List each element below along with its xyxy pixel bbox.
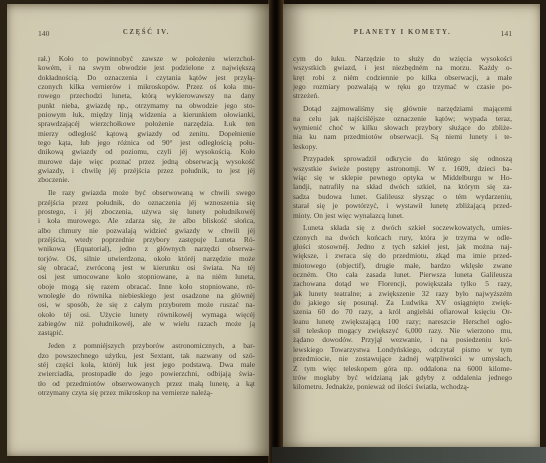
table-surface	[272, 447, 546, 463]
text-line: strzeżeń.	[293, 91, 512, 100]
text-line: torjów. Oś, silnie utwierdzona, około kt…	[38, 254, 255, 263]
text-line: około téj osi. Użycie lunety równikowéj …	[38, 310, 255, 319]
text-line: czonych kilka vernierów i mikroskopów. P…	[38, 82, 255, 91]
text-line: żądano dowodów. Przyjął wezwanie, i na p…	[293, 335, 512, 344]
text-line: zachowana dotąd we Florencji, powiększał…	[293, 279, 512, 288]
page-right-header-row: PLANETY I KOMETY. 141	[293, 4, 512, 41]
text-line: szenia 60 do 70 razy, a król angielski o…	[293, 307, 512, 316]
paragraph: Ile razy gwiazda może być obserwowaną w …	[38, 188, 255, 338]
text-line: leskopy.	[293, 142, 512, 151]
page-right: PLANETY I KOMETY. 141 cym do łuku. Narzę…	[283, 4, 540, 447]
text-line: sadza budowa lunet. Galileusz słysząc o …	[293, 192, 512, 201]
page-right-body-text: cym do łuku. Narzędzie to służy do wzięc…	[293, 54, 512, 392]
text-line: wymienić choć w kilku słowach przybory s…	[293, 123, 512, 132]
text-line: landji, natrafiły na skład dwóch szkieł,…	[293, 182, 512, 191]
text-line: wiąc się w sklepie pewnego optyka w Midd…	[293, 173, 512, 182]
text-line: mierzy odległość kątową gwiazdy od zenit…	[38, 129, 255, 138]
book-scan-photo: 140 CZĘŚĆ IV. rał.) Koło to powinnobyć z…	[0, 0, 546, 463]
paragraph: Dotąd zajmowaliśmy się głównie narzędzia…	[293, 104, 512, 151]
text-line: dokładnością. Do oznaczenia i czytania k…	[38, 73, 255, 82]
text-line: większe, i zwraca się do przedmiotu, zką…	[293, 251, 512, 260]
running-header-right: PLANETY I KOMETY.	[293, 29, 512, 36]
text-line: dnikową gwiazdy od poziomu, czyli jéj wy…	[38, 147, 255, 156]
page-number-right: 141	[501, 29, 512, 38]
text-line: na celu jak najściśléjsze oznaczenie kąt…	[293, 114, 512, 123]
text-line: prostego, i jéj zboczenia, używa się lun…	[38, 207, 255, 216]
text-line: Z tym więc teleskopem góra np. oddalona …	[293, 364, 512, 373]
page-left-header-row: 140 CZĘŚĆ IV.	[38, 4, 255, 41]
text-line: się obracać, zwróconą jest w kierunku os…	[38, 263, 255, 272]
text-line: punkt nieba, gwiazdę np., otrzymamy na o…	[38, 101, 255, 110]
text-line: jego rozmiary pozwalają w ręku go trzyma…	[293, 82, 512, 91]
text-line: wszystkie świeże postępy astronomji. W r…	[293, 164, 512, 173]
text-line: przéjścia, wtedy poprzednie przybory zas…	[38, 235, 255, 244]
text-line: osi, w sposób, że się z całym przyborem …	[38, 300, 255, 309]
text-line: oczném. Oto cała zasada lunet. Pierwsza …	[293, 270, 512, 279]
text-line: kręt robi z niém codziennie po kilka obs…	[293, 73, 512, 82]
page-left: 140 CZĘŚĆ IV. rał.) Koło to powinnobyć z…	[7, 4, 269, 456]
text-line: trów mogłaby być widzianą jak gdyby z od…	[293, 373, 512, 382]
text-line: jak lunety teatralne; a zwiększenie 32 r…	[293, 289, 512, 298]
text-line: cym do łuku. Narzędzie to służy do wzięc…	[293, 54, 512, 63]
text-line: tło od przedmiotów obserwowanych przez m…	[38, 379, 255, 388]
text-line: i koła murowego. Ale zdarza się, że albo…	[38, 216, 255, 225]
text-line: lewskiego Towarzystwa Londyńskiego, odcz…	[293, 345, 512, 354]
running-header-left: CZĘŚĆ IV.	[38, 29, 255, 36]
text-line: zwierciadła, prostopadłe do jego powierz…	[38, 369, 255, 378]
text-line: przéjścia przez południk, do oznaczenia …	[38, 198, 255, 207]
text-line: rowego przechodzi luneta, którą wykierow…	[38, 91, 255, 100]
text-line: murowe daje więc poznać przez jedną obse…	[38, 157, 255, 166]
text-line: osi jest umocowane koło stopniowane, a n…	[38, 272, 255, 281]
text-line: pniowym łuk, między linją widzenia a kie…	[38, 110, 255, 119]
text-line: zastąpić.	[38, 328, 255, 337]
book-spine	[268, 0, 284, 463]
text-line: stéj części koła, któréj łuk jest jego p…	[38, 360, 255, 369]
text-line: kowém, i na swym obwodzie jest podzielon…	[38, 63, 255, 72]
paragraph: Luneta składa się z dwóch szkieł soczewk…	[293, 223, 512, 391]
text-line: wnikowa (Equatorial), jedno z głównych n…	[38, 244, 255, 253]
text-line: leanu lunetę zwiększającą 100 razy; nare…	[293, 317, 512, 326]
text-line: wnoległe do równika niebieskiego jest os…	[38, 291, 255, 300]
text-line: głości stosownéj. Jedno z tych szkieł je…	[293, 242, 512, 251]
text-line: sprawdzającéj wierzchołkowe położenie na…	[38, 119, 255, 128]
text-line: Jeden z pomniéjszych przyborów astronomi…	[38, 341, 255, 350]
paragraph: rał.) Koło to powinnobyć zawsze w położe…	[38, 54, 255, 185]
text-line: gwiazdy, i chwilę jéj przéjścia przez po…	[38, 166, 255, 175]
text-line: albo chmury nie pozwalają widzieć gwiazd…	[38, 226, 255, 235]
text-line: rał.) Koło to powinnobyć zawsze w położe…	[38, 54, 255, 63]
text-line: oboje mogą się razem obracać. Inne koło …	[38, 282, 255, 291]
paragraph: Przypadek sprowadził odkrycie do którego…	[293, 154, 512, 219]
paragraph: Jeden z pomniéjszych przyborów astronomi…	[38, 341, 255, 397]
page-number-left: 140	[38, 29, 49, 38]
text-line: otrzymany czyta się przez mikroskop na v…	[38, 388, 255, 397]
text-line: czonych na dwóch końcach rury, która je …	[293, 233, 512, 242]
text-line: starał się je powtórzyć, i wystawił lune…	[293, 201, 512, 210]
text-line: Luneta składa się z dwóch szkieł soczewk…	[293, 223, 512, 232]
text-line: Dotąd zajmowaliśmy się głównie narzędzia…	[293, 104, 512, 113]
text-line: sił teleskop mogący zwiększyć 6,000 razy…	[293, 326, 512, 335]
page-left-body-text: rał.) Koło to powinnobyć zawsze w położe…	[38, 54, 255, 397]
text-line: Przypadek sprowadził odkrycie do którego…	[293, 154, 512, 163]
text-line: do jakiego się posunął. Za Ludwika XV os…	[293, 298, 512, 307]
text-line: mioty. On jest więc wynalazcą lunet.	[293, 211, 512, 220]
text-line: nia ku nam przedmiotów obserwacji. Są ni…	[293, 132, 512, 141]
text-line: zboczenie.	[38, 175, 255, 184]
paragraph: cym do łuku. Narzędzie to służy do wzięc…	[293, 54, 512, 101]
text-line: zabiegów niż południkowéj, ale w wielu r…	[38, 319, 255, 328]
text-line: przedmiocie, nie zostawujące żadnéj wątp…	[293, 354, 512, 363]
text-line: tego kąta, lub jego różnica od 90° jest …	[38, 138, 255, 147]
text-line: kilometru. Jednakże, ponieważ od ilości …	[293, 382, 512, 391]
text-line: wszystkich gwiazd, i jest niezbędném na …	[293, 63, 512, 72]
text-line: Ile razy gwiazda może być obserwowaną w …	[38, 188, 255, 197]
text-line: dzo powszechnego użytku, jest Sextant, t…	[38, 351, 255, 360]
text-line: miotowego (objectif), drugie małe, bardz…	[293, 261, 512, 270]
